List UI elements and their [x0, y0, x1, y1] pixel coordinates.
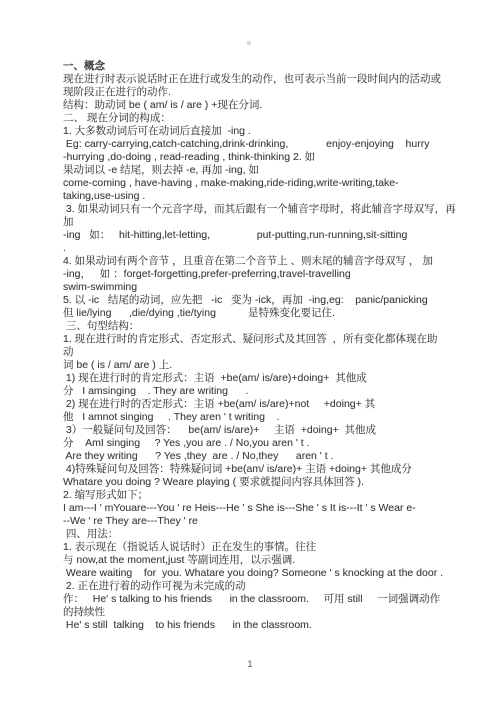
text-line: 1. 大多数动词后可在动词后直接加 -ing .	[63, 125, 439, 138]
text-line: 二、 现在分词的构成：	[63, 112, 439, 125]
text-line: swim-swimming	[63, 281, 439, 294]
text-line: 2. 正在进行着的动作可视为未完成的动	[63, 580, 439, 593]
text-line: 1. 现在进行时的肯定形式、否定形式、疑问形式及其回答 ，所有变化都体现在助	[63, 333, 439, 346]
scan-artifact-dot	[247, 41, 251, 45]
text-line: 分 I amsinging . They are writing .	[63, 385, 439, 398]
text-line: He' s still talking to his friends in th…	[63, 619, 439, 632]
text-line: 的持续性	[63, 606, 439, 619]
text-line: 四、用法：	[63, 528, 439, 541]
text-line: 3. 如果动词只有一个元音字母，而其后跟有一个辅音字母时，将此辅音字母双写，再	[63, 203, 439, 216]
text-line: 现阶段正在进行的动作.	[63, 86, 439, 99]
text-line: 1) 现在进行时的肯定形式：主语 +be(am/ is/are)+doing+ …	[63, 372, 439, 385]
text-line: 2. 缩写形式如下；	[63, 489, 439, 502]
text-line: Whatare you doing ? Weare playing ( 要求就提…	[63, 476, 439, 489]
text-line: 4)特殊疑问句及回答：特殊疑问词 +be(am/ is/are)+ 主语 +do…	[63, 463, 439, 476]
text-line: come-coming , have-having , make-making,…	[63, 177, 439, 190]
text-line: 作： He' s talking to his friends in the c…	[63, 593, 439, 606]
text-line: 与 now,at the moment,just 等副词连用，以示强调.	[63, 554, 439, 567]
text-line: -ing， 如 ：forget-forgetting,prefer-prefer…	[63, 268, 439, 281]
text-line: 加	[63, 216, 439, 229]
text-line: 一、概念	[63, 60, 439, 73]
document-page: 一、概念现在进行时表示说话时正在进行或发生的动作，也可表示当前一段时间内的活动或…	[0, 0, 500, 708]
text-line: 分 AmI singing ? Yes ,you are . / No,you …	[63, 437, 439, 450]
text-line: 2) 现在进行时的否定形式：主语 +be(am/ is/are)+not +do…	[63, 398, 439, 411]
text-line: 三、句型结构：	[63, 320, 439, 333]
text-line: 动	[63, 346, 439, 359]
text-line: Are they writing ? Yes ,they are . / No,…	[63, 450, 439, 463]
text-block: 一、概念现在进行时表示说话时正在进行或发生的动作，也可表示当前一段时间内的活动或…	[63, 60, 439, 632]
text-line: 现在进行时表示说话时正在进行或发生的动作，也可表示当前一段时间内的活动或	[63, 73, 439, 86]
text-line: .	[63, 242, 439, 255]
page-number: 1	[0, 659, 500, 669]
text-line: 但 lie/lying ,die/dying ,tie/tying 是特殊变化要…	[63, 307, 439, 320]
text-line: -hurrying ,do-doing , read-reading , thi…	[63, 151, 439, 164]
text-line: -ing 如： hit-hitting,let-letting, put-put…	[63, 229, 439, 242]
text-line: 5. 以 -ic 结尾的动词，应先把 -ic 变为 -ick，再加 -ing,e…	[63, 294, 439, 307]
text-line: 1. 表示现在（指说话人说话时）正在发生的事情。往往	[63, 541, 439, 554]
text-line: 果动词以 -e 结尾，则去掉 -e, 再加 -ing, 如	[63, 164, 439, 177]
text-line: taking,use-using .	[63, 190, 439, 203]
text-line: 4. 如果动词有两个音节 ，且重音在第二个音节上 、则末尾的辅音字母双写 ， 加	[63, 255, 439, 268]
text-line: Weare waiting for you. Whatare you doing…	[63, 567, 439, 580]
text-line: I am---I ' mYouare---You ' re Heis---He …	[63, 502, 439, 515]
text-line: Eg: carry-carrying,catch-catching,drink-…	[63, 138, 439, 151]
text-line: --We ' re They are---They ' re	[63, 515, 439, 528]
text-line: 他 I amnot singing . They aren ' t writin…	[63, 411, 439, 424]
text-line: 3）一般疑问句及回答： be(am/ is/are)+ 主语 +doing+ 其…	[63, 424, 439, 437]
text-line: 词 be ( is / am/ are ) 上.	[63, 359, 439, 372]
text-line: 结构：助动词 be ( am/ is / are ) +现在分词.	[63, 99, 439, 112]
